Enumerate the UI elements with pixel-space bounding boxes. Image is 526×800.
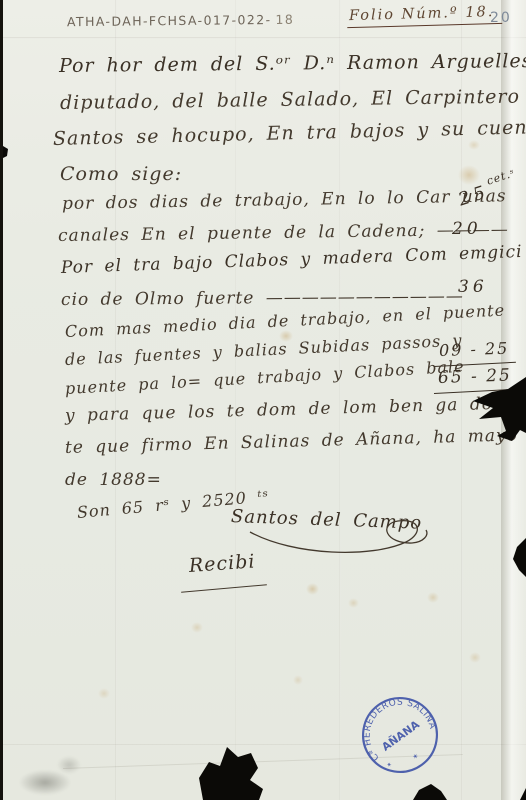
paper-tear	[199, 747, 263, 800]
amount-row2: 20	[452, 219, 482, 239]
fox-stain	[98, 688, 110, 699]
fox-stain	[469, 652, 481, 663]
received-underline	[181, 584, 267, 592]
fox-stain	[468, 140, 480, 150]
fox-stain	[458, 165, 480, 185]
stamp-arc-text: Cª HEREDEROS SALINAS	[336, 671, 441, 776]
fox-stain	[427, 592, 439, 603]
amount-row4: 09 - 25	[439, 339, 510, 360]
stamp-center-text: AÑANA	[379, 718, 422, 754]
archive-code-main: ATHA-DAH-FCHSA-017-022-	[67, 12, 272, 29]
manuscript-line: diputado, del balle Salado, El Carpinter…	[60, 86, 520, 114]
manuscript-line: Santos se hocupo, En tra bajos y su cuen…	[53, 115, 526, 150]
manuscript-line: Por hor dem del S.ᵒʳ D.ⁿ Ramon Arguelles…	[59, 49, 526, 77]
manuscript-line: Como sige:	[60, 163, 182, 185]
document-scan: ATHA-DAH-FCHSA-017-022-18 Folio Núm.º 18…	[0, 0, 526, 800]
manuscript-line: y para que los te dom de lom ben ga dóie…	[65, 393, 521, 426]
archive-reference-code: ATHA-DAH-FCHSA-017-022-18	[67, 12, 294, 29]
page-number: 20	[490, 10, 512, 26]
folio-number-label: Folio Núm.º 18.	[347, 4, 503, 28]
manuscript-line: por dos dias de trabajo, En lo lo Car un…	[62, 186, 507, 214]
archive-code-suffix: 18	[275, 12, 294, 27]
fox-stain	[293, 675, 303, 685]
fox-stain	[191, 622, 203, 633]
paper-crease	[235, 0, 237, 800]
received-label: Recibi	[188, 550, 256, 577]
fox-stain	[348, 598, 359, 608]
paper-crease	[115, 0, 117, 800]
amount-row3: 36	[458, 277, 488, 297]
paper-tear	[3, 146, 8, 158]
amount-total: 65 - 25	[438, 365, 512, 388]
signature-flourish	[246, 512, 436, 567]
paper-tear	[413, 784, 447, 800]
manuscript-line: Por el tra bajo Clabos y madera Com emgi…	[61, 242, 523, 278]
fox-stain	[306, 583, 319, 595]
archive-stamp: Cª HEREDEROS SALINAS AÑANA ✶ ✶	[336, 671, 465, 799]
paper-sheet: ATHA-DAH-FCHSA-017-022-18 Folio Núm.º 18…	[3, 0, 526, 800]
manuscript-line: de 1888=	[65, 470, 162, 490]
manuscript-line: canales En el puente de la Cadena; ————	[58, 220, 509, 246]
manuscript-line: te que firmo En Salinas de Añana, ha may…	[65, 425, 518, 458]
ink-smudge	[9, 750, 89, 800]
stamp-star-icon: ✶	[410, 751, 420, 762]
paper-crease	[3, 37, 526, 39]
